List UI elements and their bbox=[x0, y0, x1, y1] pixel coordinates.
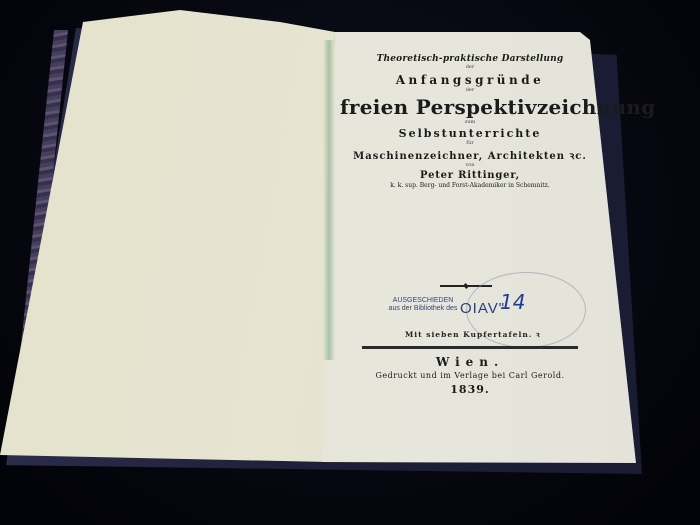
imprint-printer: Gedruckt und im Verlage bei Carl Gerold. bbox=[340, 371, 600, 380]
horizontal-rule bbox=[362, 346, 578, 349]
binding-gutter-stain bbox=[323, 40, 335, 360]
connector-fuer: für bbox=[340, 140, 600, 146]
stamp-line-2: aus der Bibliothek des bbox=[378, 305, 468, 313]
handwritten-number: 14 bbox=[500, 290, 525, 314]
imprint-year: 1839. bbox=[340, 383, 600, 396]
title-anfangsgruende: Anfangsgründe bbox=[340, 73, 600, 87]
author-title: k. k. sup. Berg- und Forst-Akademiker in… bbox=[340, 182, 600, 189]
author-name: Peter Rittinger, bbox=[340, 170, 600, 181]
connector-von: von bbox=[340, 162, 600, 168]
connector-der-2: der bbox=[340, 87, 600, 93]
imprint-city: Wien. bbox=[340, 355, 600, 369]
stamp-line-1: AUSGESCHIEDEN bbox=[378, 297, 468, 305]
title-selbstunterrichte: Selbstunterrichte bbox=[340, 127, 600, 140]
library-stamp-text: AUSGESCHIEDEN aus der Bibliothek des bbox=[378, 297, 468, 313]
connector-zum: zum bbox=[340, 119, 600, 125]
title-block: Theoretisch-praktische Darstellung der A… bbox=[340, 52, 600, 189]
imprint-block: Wien. Gedruckt und im Verlage bei Carl G… bbox=[340, 355, 600, 396]
connector-der: der bbox=[340, 64, 600, 70]
main-title: freien Perspektivzeichnung bbox=[340, 95, 600, 119]
audience-line: Maschinenzeichner, Architekten ꝛc. bbox=[340, 148, 600, 162]
subtitle-line: Theoretisch-praktische Darstellung bbox=[340, 54, 600, 64]
plates-note: Mit sieben Kupfertafeln. ꝛ bbox=[405, 330, 541, 340]
library-stamp-code: OIAV" bbox=[460, 300, 505, 317]
